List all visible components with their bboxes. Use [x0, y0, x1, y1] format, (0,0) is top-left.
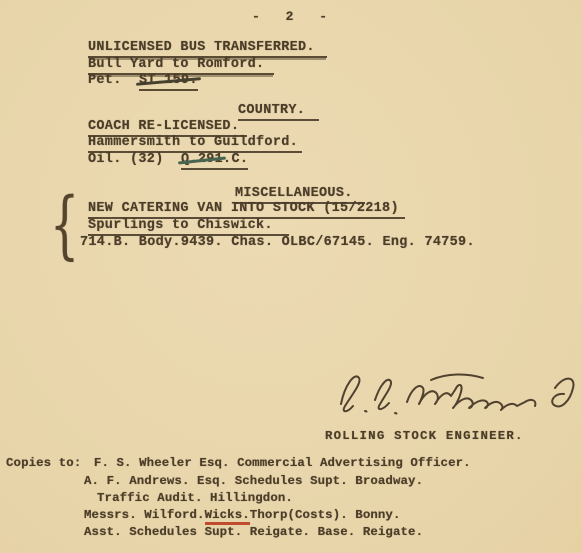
route-text: Hammersmith to Guildford.	[88, 135, 302, 153]
struck-fleet-number: ST.159.	[139, 73, 198, 91]
route-text: Spurlings to Chiswick.	[88, 218, 289, 236]
red-underline-mark: Wicks.	[205, 508, 250, 525]
heading-text: COUNTRY.	[238, 103, 319, 121]
signature-handwriting	[335, 360, 580, 422]
curly-brace-mark: {	[50, 188, 79, 262]
document-page: - 2 - UNLICENSED BUS TRANSFERRED. Bull Y…	[0, 0, 582, 553]
section-title-catering-van: NEW CATERING VAN INTO STOCK (15/2218)	[88, 201, 405, 216]
fuel-label: Oil. (32)	[88, 152, 164, 167]
copies-line-andrews: A. F. Andrews. Esq. Schedules Supt. Broa…	[84, 474, 423, 488]
section-title-unlicensed: UNLICENSED BUS TRANSFERRED.	[88, 40, 327, 55]
section-heading-country: COUNTRY.	[238, 103, 319, 118]
route-line-unlicensed: Bull Yard to Romford.	[88, 57, 274, 72]
copies-line-messrs: Messrs. Wilford.Wicks.Thorp(Costs). Bonn…	[84, 508, 401, 522]
vehicle-note-petrol: Pet. ST.159.	[88, 73, 198, 91]
copies-recipient: F. S. Wheeler Esq. Commercial Advertisin…	[94, 456, 471, 470]
signature-role: ROLLING STOCK ENGINEER.	[325, 429, 524, 443]
copies-label: Copies to:	[6, 456, 81, 470]
struck-fleet-number: Q.291	[181, 152, 223, 170]
section-title-text: UNLICENSED BUS TRANSFERRED.	[88, 40, 327, 58]
copies-recipient: Messrs. Wilford.	[84, 508, 205, 522]
fuel-label: Pet.	[88, 73, 122, 88]
section-title-coach-relicensed: COACH RE-LICENSED.	[88, 119, 247, 134]
page-number: - 2 -	[252, 9, 336, 24]
copies-line-wheeler: Copies to: F. S. Wheeler Esq. Commercial…	[6, 456, 471, 470]
copies-line-asst-schedules: Asst. Schedules Supt. Reigate. Base. Rei…	[84, 525, 423, 539]
section-title-text: NEW CATERING VAN INTO STOCK (15/2218)	[88, 201, 405, 219]
vehicle-detail-line: 714.B. Body.9439. Chas. OLBC/67145. Eng.…	[80, 235, 475, 250]
fleet-number-suffix: .C.	[223, 152, 248, 170]
vehicle-note-oil: Oil. (32) Q.291.C.	[88, 152, 248, 170]
section-heading-miscellaneous: MISCELLANEOUS.	[235, 186, 365, 201]
copies-line-traffic-audit: Traffic Audit. Hillingdon.	[97, 491, 293, 505]
route-line-misc: Spurlings to Chiswick.	[88, 218, 289, 233]
copies-recipient: Thorp(Costs). Bonny.	[250, 508, 401, 522]
route-line-country: Hammersmith to Guildford.	[88, 135, 302, 150]
